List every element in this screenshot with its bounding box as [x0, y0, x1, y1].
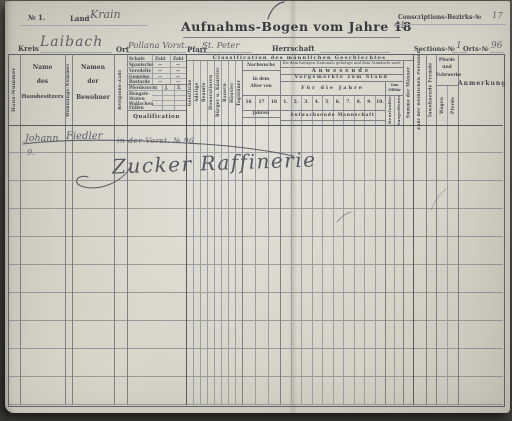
age-cell: 2.	[291, 100, 301, 105]
grid-line	[333, 95, 334, 405]
grid-line	[152, 105, 186, 106]
schafzucht-row-label: Bastarde	[129, 79, 150, 84]
grid-line	[458, 54, 459, 405]
age-cell: 3.	[301, 100, 312, 105]
form-title: Aufnahms-Bogen vom Jahre 18	[181, 19, 399, 34]
sections-value: 1	[456, 41, 462, 51]
pferdezucht-row-label: Füllen	[129, 105, 144, 110]
schafzucht-header: Schafe	[129, 56, 145, 61]
grid-line	[127, 110, 186, 111]
nachwuchs-age-cell: 16	[242, 100, 255, 105]
column-header-bewohner: Namen	[72, 64, 114, 71]
nachwuchs-header: Nachwuchs	[242, 63, 280, 68]
age-cell: 9.	[364, 100, 375, 105]
schafzucht-header: Zahl	[155, 56, 165, 61]
vorgemerkte-header: Vorgemerkte zum Stand	[280, 75, 403, 80]
sheet-number: № 1.	[28, 13, 45, 22]
schafzucht-row-label: Veredelte	[129, 68, 151, 73]
land-label: Land	[70, 14, 89, 23]
anwesende-header: Anwesende	[280, 68, 403, 74]
herrschaft-label: Herrschaft	[272, 44, 315, 53]
grid-line	[447, 85, 448, 405]
grid-line	[152, 95, 186, 96]
orts-value: 96	[491, 41, 502, 51]
column-header-wohnungs-nummer: Wohnungs-Nummer	[65, 60, 72, 120]
conscription-district-value: 17	[492, 11, 503, 21]
column-header-owner-name: des	[20, 78, 65, 85]
grid-line	[152, 100, 186, 101]
fuhrwerk-box-header: und	[436, 65, 458, 70]
age-cell: 1.	[280, 100, 291, 105]
pferdezucht-header: Pferdezucht	[129, 85, 157, 90]
grid-line	[242, 117, 280, 118]
ort-write-line	[126, 52, 186, 53]
kreis-label: Kreis	[18, 44, 39, 53]
class-column-tagloehner: Taglöhner	[235, 62, 242, 123]
schafzucht-row-value: —	[158, 68, 162, 73]
entry-owner-note: in der Vorst. № 96	[117, 136, 194, 145]
grid-line	[364, 95, 365, 405]
column-header-owner-name: Hausbesitzers	[20, 94, 65, 100]
class-column-honoratioren: Honoratioren	[207, 62, 214, 123]
grid-line	[170, 55, 171, 84]
age-cell: 6.	[333, 100, 343, 105]
grid-line	[280, 81, 403, 82]
grid-line	[152, 55, 153, 84]
fuhrwerk-col-pferde: Pferde	[447, 87, 458, 123]
land-write-line	[20, 25, 148, 26]
class-column-haeusler: Häusler	[228, 62, 235, 123]
orts-write-line	[490, 52, 504, 53]
schafzucht-row-value: —	[176, 68, 180, 73]
kreis-write-line	[40, 52, 112, 53]
column-header-bewohner: der	[72, 78, 114, 85]
class-column-bauern: Bauern	[221, 62, 228, 123]
age-cell: 10.	[375, 100, 385, 105]
pfarr-write-line	[198, 52, 252, 53]
grid-line	[72, 54, 73, 405]
nachwuchs-unit: Jahren	[242, 111, 280, 116]
grid-line	[375, 95, 376, 405]
nachwuchs-age-cell: 17	[255, 100, 268, 105]
grid-line	[255, 95, 256, 405]
fuhrwerk-box-header: Pferde	[436, 58, 458, 63]
column-header-religion: Religions-Zahl	[114, 60, 127, 120]
militaer-col-ausgediente: Ausgediente	[394, 96, 403, 124]
kreis-value: Laibach	[40, 34, 103, 50]
herrschaft-write-line	[320, 52, 390, 53]
column-header-anmerkung: Anmerkung	[458, 80, 504, 87]
anwesende-spanning-line: Die dem hiesigen Nationale gehörige und …	[279, 61, 405, 65]
grid-line	[174, 84, 175, 110]
grid-line	[291, 95, 292, 405]
schafzucht-row-value: —	[158, 62, 162, 67]
conscription-district-label: Conscriptions-Bezirks-№	[398, 14, 481, 21]
grid-line	[385, 81, 386, 405]
class-column-beamte: Beamte	[200, 62, 207, 123]
fuer-die-jahre-header: Für die Jahre	[280, 85, 385, 91]
age-cell: 8.	[354, 100, 364, 105]
age-cell: 4.	[312, 100, 322, 105]
entry-owner-last-name: Fiedler	[66, 131, 102, 142]
age-cell: 5.	[322, 100, 333, 105]
grid-line	[242, 70, 280, 71]
column-header-fremde: Inwohnende Fremde	[426, 57, 436, 123]
grid-line	[20, 54, 21, 405]
classification-title: Classification des männlichen Geschlecht…	[186, 55, 413, 61]
nachwuchs-subheader: Alter von	[242, 83, 280, 88]
nachwuchs-age-cell: 18	[268, 100, 280, 105]
grid-line	[343, 95, 344, 405]
schafzucht-row-value: —	[176, 62, 180, 67]
orts-label: Orts-№	[463, 45, 489, 53]
pfarr-value: St. Peter	[202, 41, 240, 51]
schafzucht-row-label: Spanische	[129, 62, 153, 67]
conscription-write-line	[396, 24, 506, 25]
age-cell: 7.	[343, 100, 354, 105]
aufwachsende-mannschaft-header: Aufwachsende Mannschaft	[280, 113, 385, 118]
grid-line	[354, 95, 355, 405]
schafzucht-row-value: —	[158, 79, 162, 84]
grid-line	[322, 95, 323, 405]
militaer-box-header: Militär	[385, 88, 403, 92]
class-column-geistliche: Geistliche	[186, 62, 193, 123]
class-column-buerger: Bürger u. Künstler	[214, 62, 221, 123]
column-header-weiber: Zahl der weiblichen Personen	[413, 57, 426, 123]
militaer-box-header: Vom	[385, 83, 403, 87]
pferdezucht-col: Z.	[177, 85, 181, 90]
grid-line	[127, 54, 128, 405]
grid-line	[301, 95, 302, 405]
entry-owner-first-name: Johann	[25, 133, 59, 144]
grid-line	[162, 84, 163, 110]
column-header-haus-nummer: Haus-Nummer	[8, 60, 20, 120]
land-value: Krain	[90, 8, 121, 21]
year-value: 41	[394, 21, 405, 31]
grid-line	[312, 95, 313, 405]
grid-line	[8, 125, 503, 126]
class-column-adelige: Adelige	[193, 62, 200, 123]
column-header-summe: Summe der Männer	[403, 62, 413, 123]
pferdezucht-col: J.	[165, 85, 168, 90]
grid-line	[436, 85, 458, 86]
entry-haus-nr: 9.	[27, 148, 35, 157]
militaer-col-beurlaubte: Beurlaubte	[385, 96, 394, 124]
grid-line	[242, 95, 403, 96]
schafzucht-header: Zahl	[173, 56, 183, 61]
grid-line	[394, 95, 395, 405]
schafzucht-row-value: —	[176, 79, 180, 84]
grid-line	[268, 95, 269, 405]
fuhrwerk-box-header: Fuhrwerke	[436, 72, 458, 77]
nachwuchs-subheader: In dem	[242, 76, 280, 81]
column-header-owner-name: Name	[20, 64, 65, 71]
column-header-bewohner: Bewohner	[72, 94, 114, 101]
grid-line	[280, 120, 385, 121]
fuhrwerk-col-wagen: Wagen	[436, 87, 447, 123]
qualification-header: Qualification	[127, 114, 186, 120]
ort-value: Pollana Vorst.	[128, 41, 187, 51]
title-rule	[183, 37, 400, 38]
